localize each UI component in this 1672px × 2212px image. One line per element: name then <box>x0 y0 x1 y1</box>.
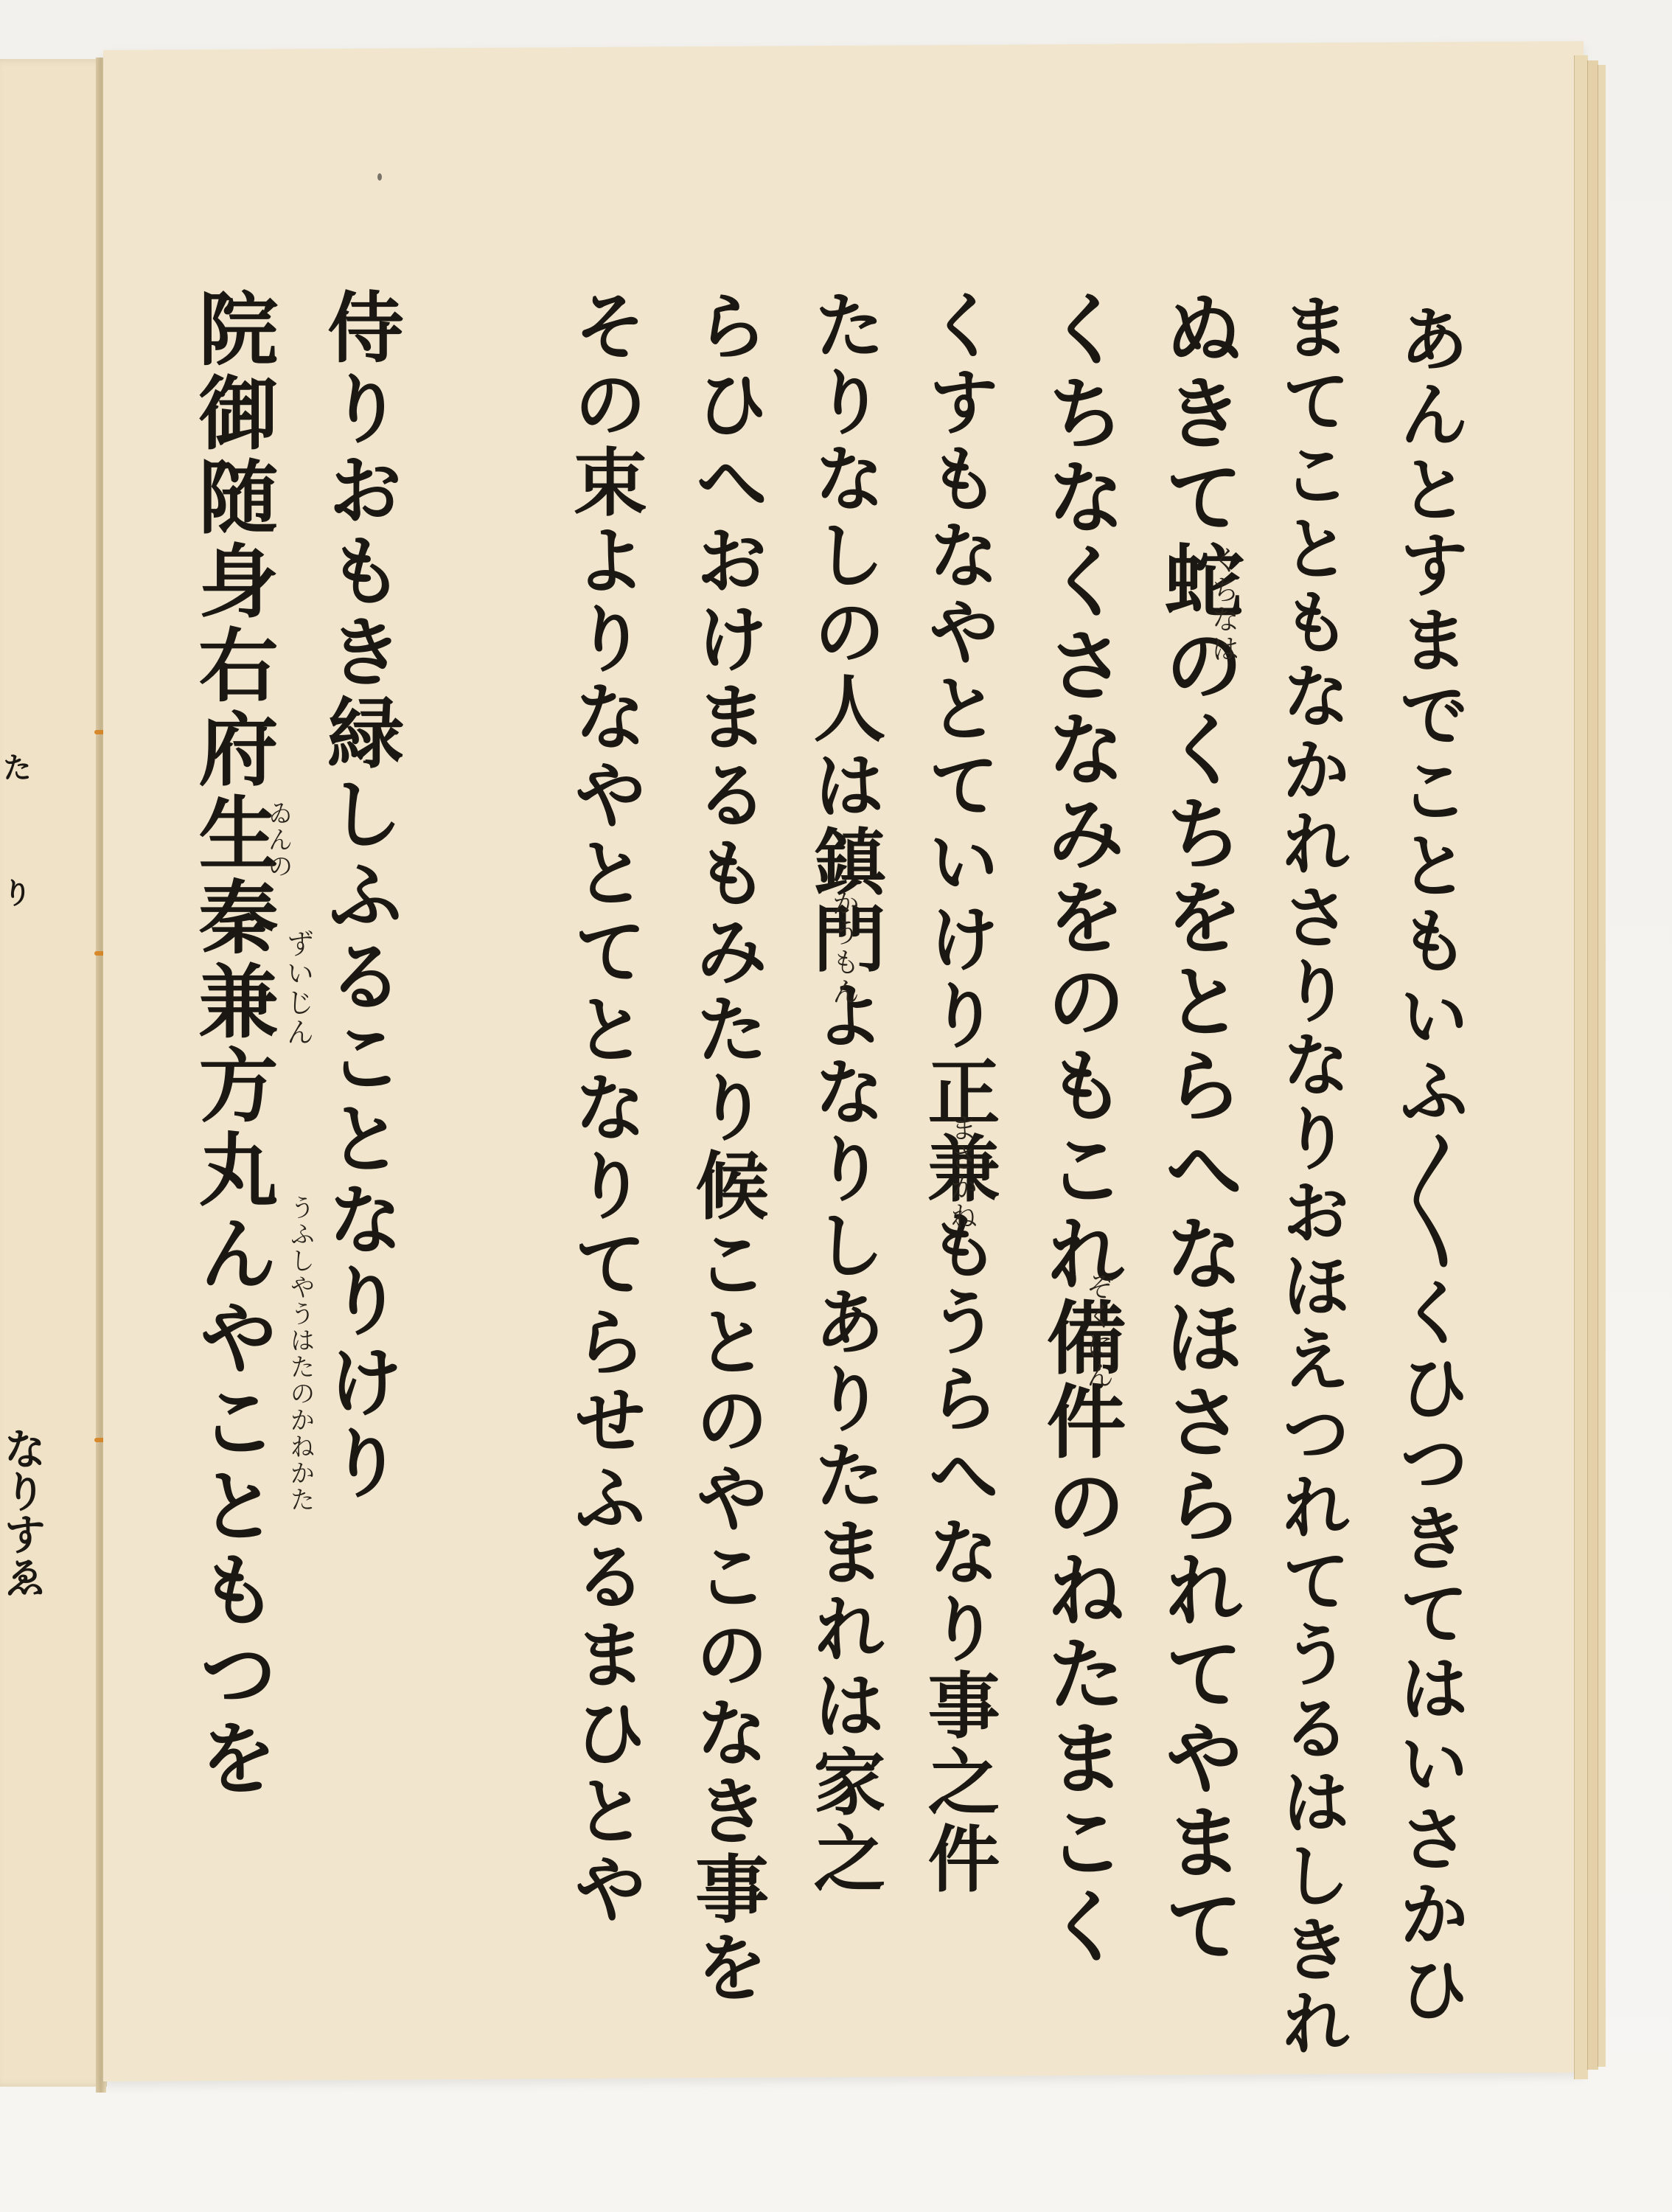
page-edge <box>1598 65 1606 2067</box>
left-page-fragment: なりすゑ <box>0 1427 43 1598</box>
text-column-3: ぬきて蛇のくちをとらへなほさられてやまて <box>1157 288 1237 1969</box>
furigana-gloss: ぞくにん <box>1084 1272 1112 1390</box>
furigana-gloss: ゐんの <box>265 800 290 880</box>
left-page-fragment: た <box>0 752 29 782</box>
furigana-gloss: ずいじん <box>284 929 312 1047</box>
paper-speck <box>377 173 382 181</box>
text-column-5: くすもなやとていけり正兼もうらへなり事之件 <box>922 288 994 1898</box>
text-column-6: たりなしの人は鎮門よなりしありたまれは家之 <box>807 288 879 1898</box>
furigana-gloss: かうもん <box>829 888 857 1006</box>
text-column-8: その束よりなやとてとなりてらせふるまひとや <box>568 288 641 1929</box>
furigana-gloss: うふしやうはたのかねかた <box>288 1194 313 1513</box>
text-column-10: 院御随身右府生秦兼方丸んやこともつを <box>192 288 271 1801</box>
text-column-2: まてこともなかれさりなりおほえつれてうるはしきれ <box>1275 291 1345 2061</box>
text-column-7: らひへおけまるもみたり候ことのやこのなき事を <box>689 288 763 2007</box>
page-edge <box>1587 60 1598 2070</box>
text-column-4: くちなくさなみをのもこれ備件のねたまこく <box>1039 288 1119 1969</box>
page-edge <box>1574 55 1588 2079</box>
text-column-1: あんとすまでこともいふ〳〵くひつきてはいさかひ <box>1393 302 1464 2028</box>
left-page <box>0 59 107 2087</box>
furigana-gloss: まさかね <box>947 1113 975 1231</box>
text-column-9: 侍りおもき緑しふることなりけり <box>321 288 397 1504</box>
left-page-fragment: り <box>0 877 29 907</box>
furigana-gloss: くちなは <box>1209 546 1237 664</box>
